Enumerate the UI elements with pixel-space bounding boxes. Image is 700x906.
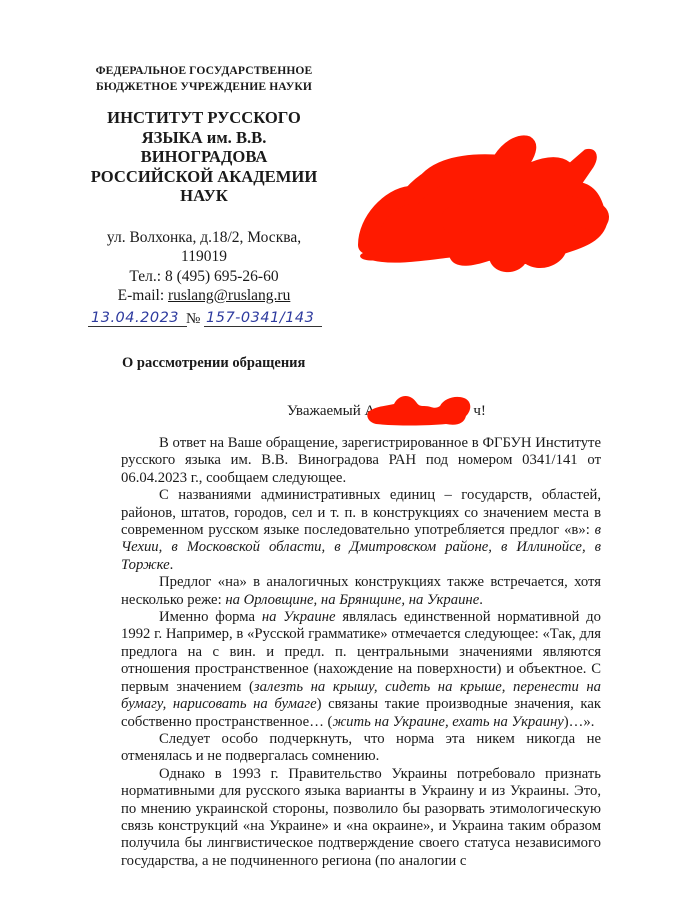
email-line: E-mail: ruslang@ruslang.ru	[84, 286, 324, 306]
paragraph: Предлог «на» в аналогичных конструкциях …	[121, 574, 601, 609]
recipient-redaction	[345, 125, 610, 280]
paragraph: Именно форма на Украине являлась единств…	[121, 609, 601, 731]
text: )…».	[564, 714, 595, 730]
institute-name: ИНСТИТУТ РУССКОГО ЯЗЫКА им. В.В. ВИНОГРА…	[84, 108, 324, 206]
registration-number: 157-0341/143	[204, 310, 322, 327]
contact-block: ул. Волхонка, д.18/2, Москва, 119019 Тел…	[84, 228, 324, 306]
registration-date: 13.04.2023	[88, 310, 187, 327]
email-label: E-mail:	[118, 287, 168, 304]
salutation-suffix: ч!	[473, 403, 486, 419]
paragraph: В ответ на Ваше обращение, зарегистриров…	[121, 435, 601, 487]
text: Именно форма	[159, 609, 262, 625]
examples: жить на Украине, ехать на Украину	[332, 714, 563, 730]
salutation-prefix: Уважаемый А	[287, 403, 375, 419]
name-redaction	[366, 392, 474, 428]
number-sign: №	[186, 311, 200, 328]
institute-line: ВИНОГРАДОВА	[84, 147, 324, 167]
text: .	[479, 592, 483, 608]
paragraph: Однако в 1993 г. Правительство Украины п…	[121, 766, 601, 870]
institute-line: ЯЗЫКА им. В.В.	[84, 128, 324, 148]
institute-line: ИНСТИТУТ РУССКОГО	[84, 108, 324, 128]
letter-body: В ответ на Ваше обращение, зарегистриров…	[121, 435, 601, 870]
examples: на Украине	[262, 609, 336, 625]
institute-line: НАУК	[84, 186, 324, 206]
org-line-1: ФЕДЕРАЛЬНОЕ ГОСУДАРСТВЕННОЕ	[84, 63, 324, 79]
paragraph: Следует особо подчеркнуть, что норма эта…	[121, 731, 601, 766]
registration-line: 13.04.2023 № 157-0341/143	[84, 308, 324, 332]
address-line-2: 119019	[84, 247, 324, 267]
text: .	[170, 557, 174, 573]
phone: Тел.: 8 (495) 695-26-60	[84, 267, 324, 287]
email-link[interactable]: ruslang@ruslang.ru	[168, 287, 290, 304]
address-line-1: ул. Волхонка, д.18/2, Москва,	[84, 228, 324, 248]
examples: на Орловщине, на Брянщине, на Украине	[225, 592, 479, 608]
letterhead: ФЕДЕРАЛЬНОЕ ГОСУДАРСТВЕННОЕ БЮДЖЕТНОЕ УЧ…	[84, 63, 324, 306]
text: С названиями административных единиц – г…	[121, 487, 601, 538]
paragraph: С названиями административных единиц – г…	[121, 487, 601, 574]
subject-line: О рассмотрении обращения	[122, 355, 305, 372]
org-line-2: БЮДЖЕТНОЕ УЧРЕЖДЕНИЕ НАУКИ	[84, 79, 324, 95]
institute-line: РОССИЙСКОЙ АКАДЕМИИ	[84, 167, 324, 187]
